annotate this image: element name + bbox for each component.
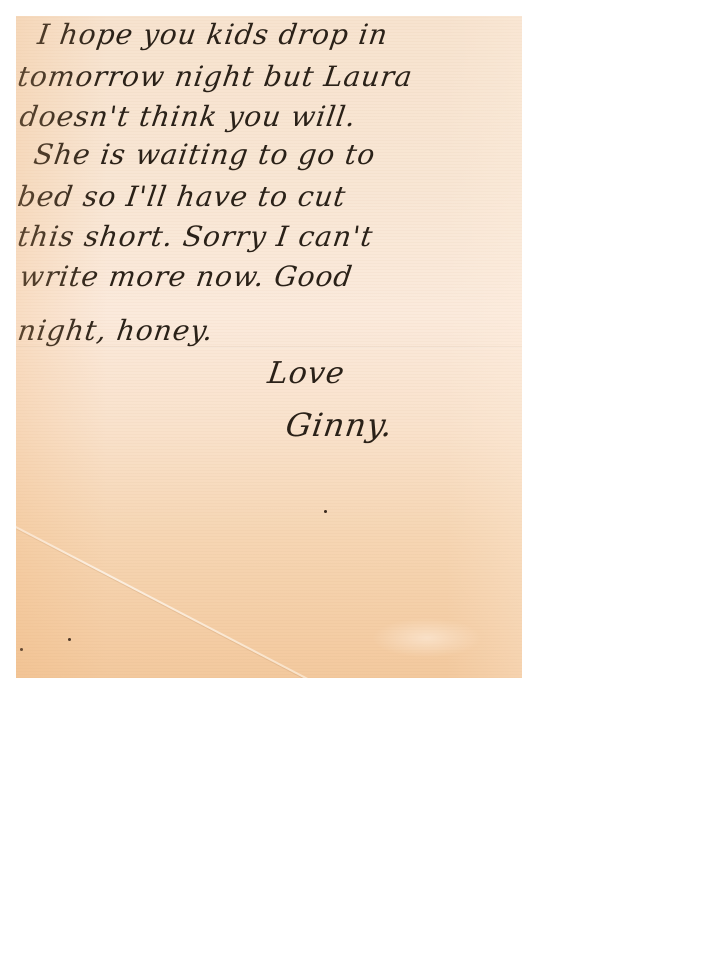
letter-line: She is waiting to go to [32,138,378,171]
paper-speck [324,510,327,513]
letter-signature: Ginny. [283,406,395,444]
letter-line: write more now. Good [18,260,355,293]
letter-line: this short. Sorry I can't [16,220,375,253]
letter-line: I hope you kids drop in [36,18,391,51]
letter-page: I hope you kids drop in tomorrow night b… [16,16,522,678]
letter-line: bed so I'll have to cut [16,180,348,213]
letter-line: doesn't think you will. [18,100,359,133]
paper-crease [16,526,335,678]
paper-smudge [372,618,482,658]
letter-closing: Love [266,356,348,391]
paper-speck [20,648,23,651]
paper-speck [68,638,71,641]
letter-line: night, honey. [16,314,216,347]
letter-line: tomorrow night but Laura [16,60,415,93]
